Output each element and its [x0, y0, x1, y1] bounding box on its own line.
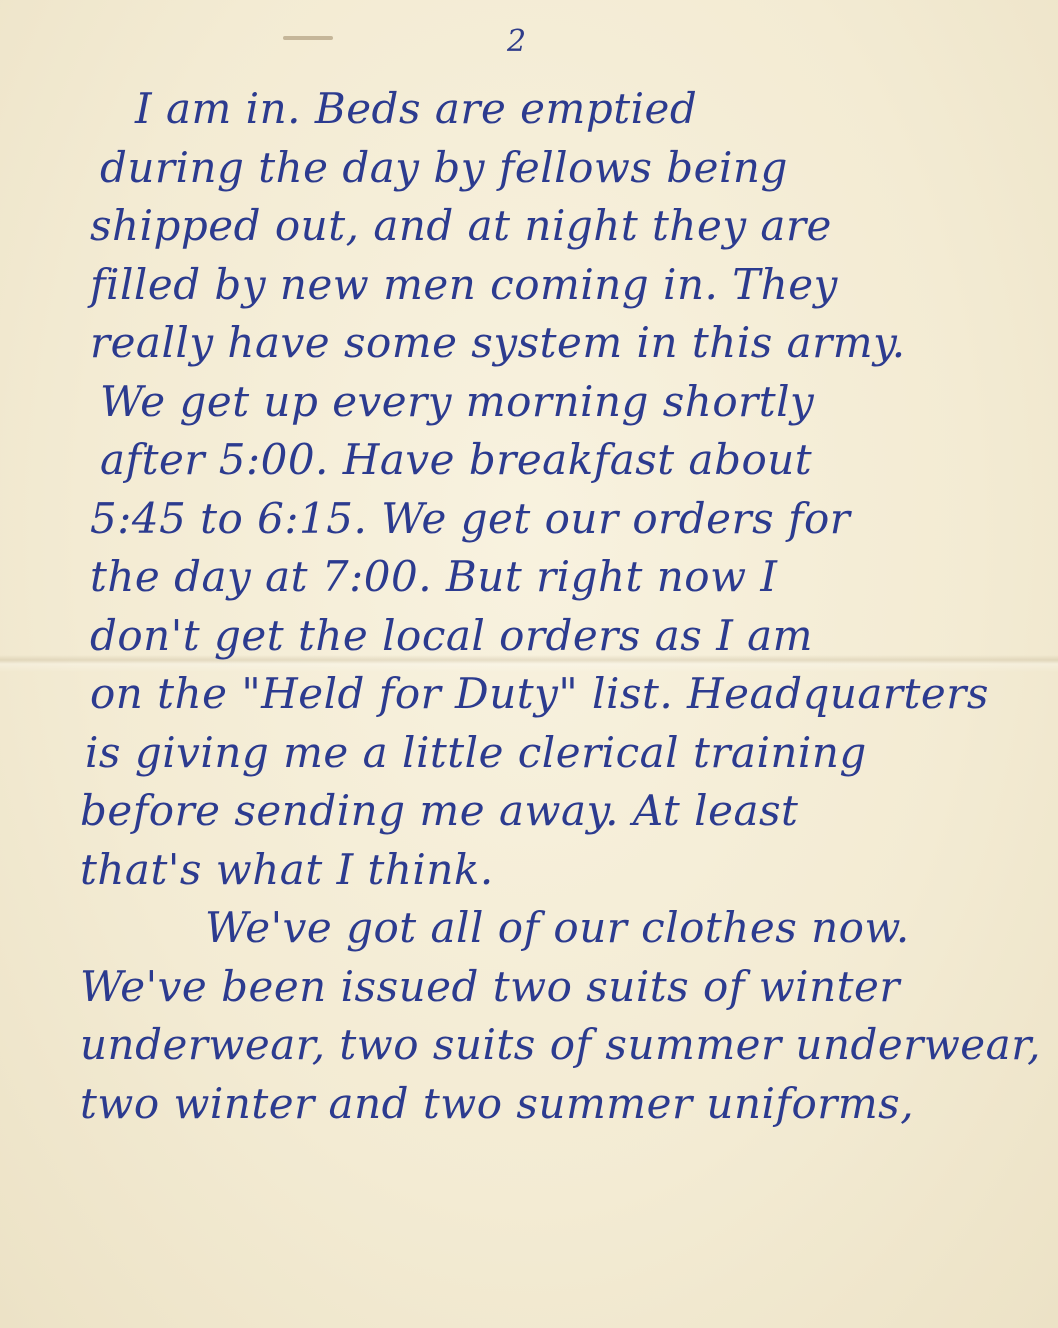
letter-line: underwear, two suits of summer underwear…: [80, 1016, 1010, 1075]
letter-line: on the "Held for Duty" list. Headquarter…: [80, 665, 1010, 724]
letter-line: We get up every morning shortly: [80, 373, 1010, 432]
letter-line: don't get the local orders as I am: [80, 607, 1010, 666]
letter-line: is giving me a little clerical training: [80, 724, 1010, 783]
letter-line: We've got all of our clothes now.: [80, 899, 1010, 958]
letter-line: two winter and two summer uniforms,: [80, 1075, 1010, 1134]
letter-line: I am in. Beds are emptied: [80, 80, 1010, 139]
letter-line: the day at 7:00. But right now I: [80, 548, 1010, 607]
letter-line: really have some system in this army.: [80, 314, 1010, 373]
staple-mark: [283, 36, 333, 40]
letter-line: before sending me away. At least: [80, 782, 1010, 841]
letter-line: that's what I think.: [80, 841, 1010, 900]
letter-line: during the day by fellows being: [80, 139, 1010, 198]
letter-line: 5:45 to 6:15. We get our orders for: [80, 490, 1010, 549]
letter-line: after 5:00. Have breakfast about: [80, 431, 1010, 490]
page-number: 2: [507, 24, 526, 59]
letter-body: I am in. Beds are emptied during the day…: [80, 80, 1010, 1133]
letter-line: We've been issued two suits of winter: [80, 958, 1010, 1017]
letter-line: shipped out, and at night they are: [80, 197, 1010, 256]
letter-line: filled by new men coming in. They: [80, 256, 1010, 315]
letter-page: 2 I am in. Beds are emptied during the d…: [0, 0, 1058, 1328]
